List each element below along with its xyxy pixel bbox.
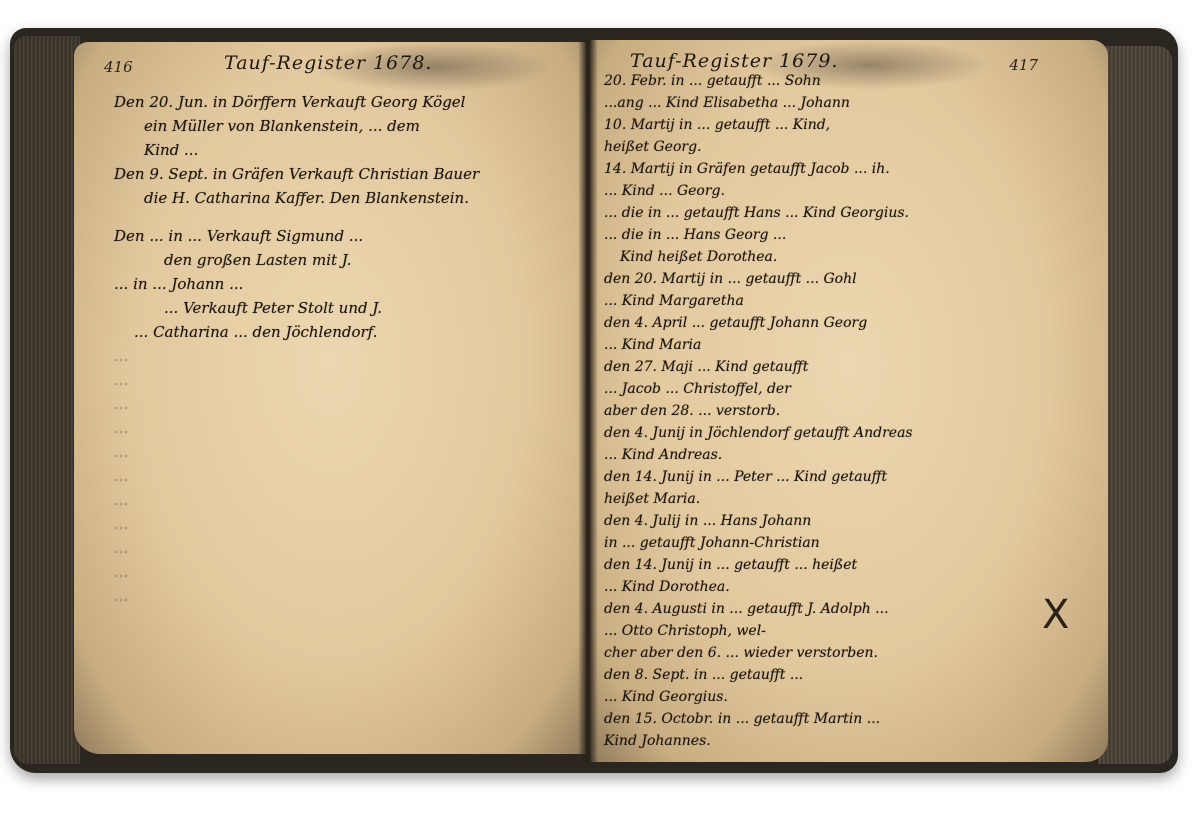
page-heading: Tauf-Register 1679. — [630, 50, 838, 72]
handwritten-line: ... Kind Andreas. — [590, 444, 1108, 466]
handwritten-line: den großen Lasten mit J. — [74, 248, 586, 272]
handwritten-line: 10. Martij in ... getaufft ... Kind, — [590, 114, 1108, 136]
handwritten-line: ... Kind Georgius. — [590, 686, 1108, 708]
faded-line: ... — [74, 392, 586, 416]
handwritten-line: den 27. Maji ... Kind getaufft — [590, 356, 1108, 378]
handwritten-line: die H. Catharina Kaffer. Den Blankenstei… — [74, 186, 586, 210]
handwritten-line: heißet Maria. — [590, 488, 1108, 510]
faded-line: ... — [74, 368, 586, 392]
faded-line: ... — [74, 512, 586, 536]
handwritten-line: ... die in ... getaufft Hans ... Kind Ge… — [590, 202, 1108, 224]
handwritten-line: cher aber den 6. ... wieder verstorben. — [590, 642, 1108, 664]
handwritten-line: ... Jacob ... Christoffel, der — [590, 378, 1108, 400]
book-page-edges-left — [14, 36, 80, 764]
handwritten-line: den 15. Octobr. in ... getaufft Martin .… — [590, 708, 1108, 730]
handwritten-line: aber den 28. ... verstorb. — [590, 400, 1108, 422]
handwritten-line: ... Kind Dorothea. — [590, 576, 1108, 598]
handwritten-line: ... Catharina ... den Jöchlendorf. — [74, 320, 586, 344]
handwritten-line: den 8. Sept. in ... getaufft ... — [590, 664, 1108, 686]
right-page: 417 Tauf-Register 1679. 20. Febr. in ...… — [590, 40, 1108, 762]
faded-line: ... — [74, 560, 586, 584]
handwritten-line: 20. Febr. in ... getaufft ... Sohn — [590, 70, 1108, 92]
handwritten-line: heißet Georg. — [590, 136, 1108, 158]
handwritten-line: Kind ... — [74, 138, 586, 162]
handwritten-line: den 4. Augusti in ... getaufft J. Adolph… — [590, 598, 1108, 620]
handwritten-line: Den ... in ... Verkauft Sigmund ... — [74, 224, 586, 248]
handwritten-lines: Den 20. Jun. in Dörffern Verkauft Georg … — [74, 90, 586, 608]
handwritten-line: den 4. Julij in ... Hans Johann — [590, 510, 1108, 532]
faded-line: ... — [74, 536, 586, 560]
left-page: 416 Tauf-Register 1678. Den 20. Jun. in … — [74, 42, 586, 754]
handwritten-line: ... Kind ... Georg. — [590, 180, 1108, 202]
handwritten-lines: 20. Febr. in ... getaufft ... Sohn ...an… — [590, 70, 1108, 752]
handwritten-line: den 14. Junij in ... Peter ... Kind geta… — [590, 466, 1108, 488]
handwritten-line: Kind heißet Dorothea. — [590, 246, 1108, 268]
faded-line: ... — [74, 488, 586, 512]
margin-x-mark: X — [1042, 592, 1069, 638]
handwritten-line: ...ang ... Kind Elisabetha ... Johann — [590, 92, 1108, 114]
handwritten-line: ... Verkauft Peter Stolt und J. — [74, 296, 586, 320]
handwritten-line: ein Müller von Blankenstein, ... dem — [74, 114, 586, 138]
faded-line: ... — [74, 440, 586, 464]
handwritten-line: den 20. Martij in ... getaufft ... Gohl — [590, 268, 1108, 290]
handwritten-line: den 14. Junij in ... getaufft ... heißet — [590, 554, 1108, 576]
faded-line: ... — [74, 464, 586, 488]
handwritten-line: in ... getaufft Johann-Christian — [590, 532, 1108, 554]
page-heading: Tauf-Register 1678. — [224, 52, 432, 74]
handwritten-line: Den 20. Jun. in Dörffern Verkauft Georg … — [74, 90, 586, 114]
book-page-edges-right — [1098, 46, 1172, 764]
faded-line: ... — [74, 416, 586, 440]
faded-line: ... — [74, 344, 586, 368]
handwritten-line: Den 9. Sept. in Gräfen Verkauft Christia… — [74, 162, 586, 186]
handwritten-line: ... in ... Johann ... — [74, 272, 586, 296]
handwritten-line: ... Otto Christoph, wel- — [590, 620, 1108, 642]
handwritten-line: Kind Johannes. — [590, 730, 1108, 752]
book-gutter — [578, 40, 598, 762]
faded-line: ... — [74, 584, 586, 608]
handwritten-line: den 4. Junij in Jöchlendorf getaufft And… — [590, 422, 1108, 444]
handwritten-line: 14. Martij in Gräfen getaufft Jacob ... … — [590, 158, 1108, 180]
page-number: 416 — [104, 58, 133, 76]
handwritten-line: ... die in ... Hans Georg ... — [590, 224, 1108, 246]
handwritten-line: ... Kind Maria — [590, 334, 1108, 356]
handwritten-line: den 4. April ... getaufft Johann Georg — [590, 312, 1108, 334]
handwritten-line: ... Kind Margaretha — [590, 290, 1108, 312]
